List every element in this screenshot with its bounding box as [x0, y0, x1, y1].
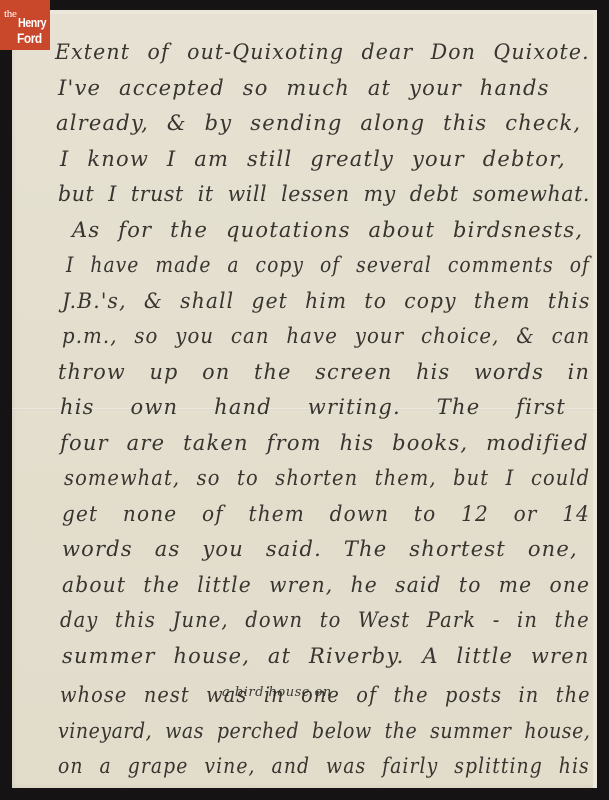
text-line-6: As for the quotations about birdsnests,	[72, 218, 583, 242]
logo-ford-text: Ford	[17, 31, 42, 45]
text-line-18: summer house, at Riverby. A little wren	[62, 644, 590, 668]
logo-henry-text: Henry	[18, 16, 46, 29]
text-line-7: I have made a copy of several comments o…	[66, 253, 590, 277]
text-line-14: get none of them down to 12 or 14	[62, 502, 590, 526]
text-line-5: but I trust it will lessen my debt somew…	[58, 182, 590, 206]
scan-background: the Henry Ford Extent of out-Quixoting d…	[0, 0, 609, 800]
text-line-3: already, & by sending along this check,	[56, 111, 581, 135]
text-line-17: day this June, down to West Park - in th…	[60, 608, 590, 632]
text-line-2: I've accepted so much at your hands	[58, 76, 550, 100]
text-line-11: his own hand writing. The first	[60, 395, 566, 419]
text-line-12: four are taken from his books, modified	[60, 431, 589, 455]
text-line-4: I know I am still greatly your debtor,	[60, 147, 566, 171]
text-line-15: words as you said. The shortest one,	[62, 537, 578, 561]
text-line-13: somewhat, so to shorten them, but I coul…	[64, 466, 590, 490]
text-line-19: whose nest was in one of the posts in th…	[60, 683, 591, 707]
text-line-9: p.m., so you can have your choice, & can	[62, 324, 590, 348]
handwritten-text: Extent of out-Quixoting dear Don Quixote…	[0, 0, 609, 800]
henry-ford-logo: the Henry Ford	[0, 0, 50, 50]
text-line-8: J.B.'s, & shall get him to copy them thi…	[62, 289, 590, 313]
text-line-16: about the little wren, he said to me one	[62, 573, 590, 597]
text-line-20: vineyard, was perched below the summer h…	[58, 719, 590, 743]
logo-the-text: the	[4, 9, 17, 20]
text-line-1: Extent of out-Quixoting dear Don Quixote…	[55, 40, 590, 64]
text-line-10: throw up on the screen his words in	[58, 360, 590, 384]
text-line-21: on a grape vine, and was fairly splittin…	[58, 754, 590, 778]
